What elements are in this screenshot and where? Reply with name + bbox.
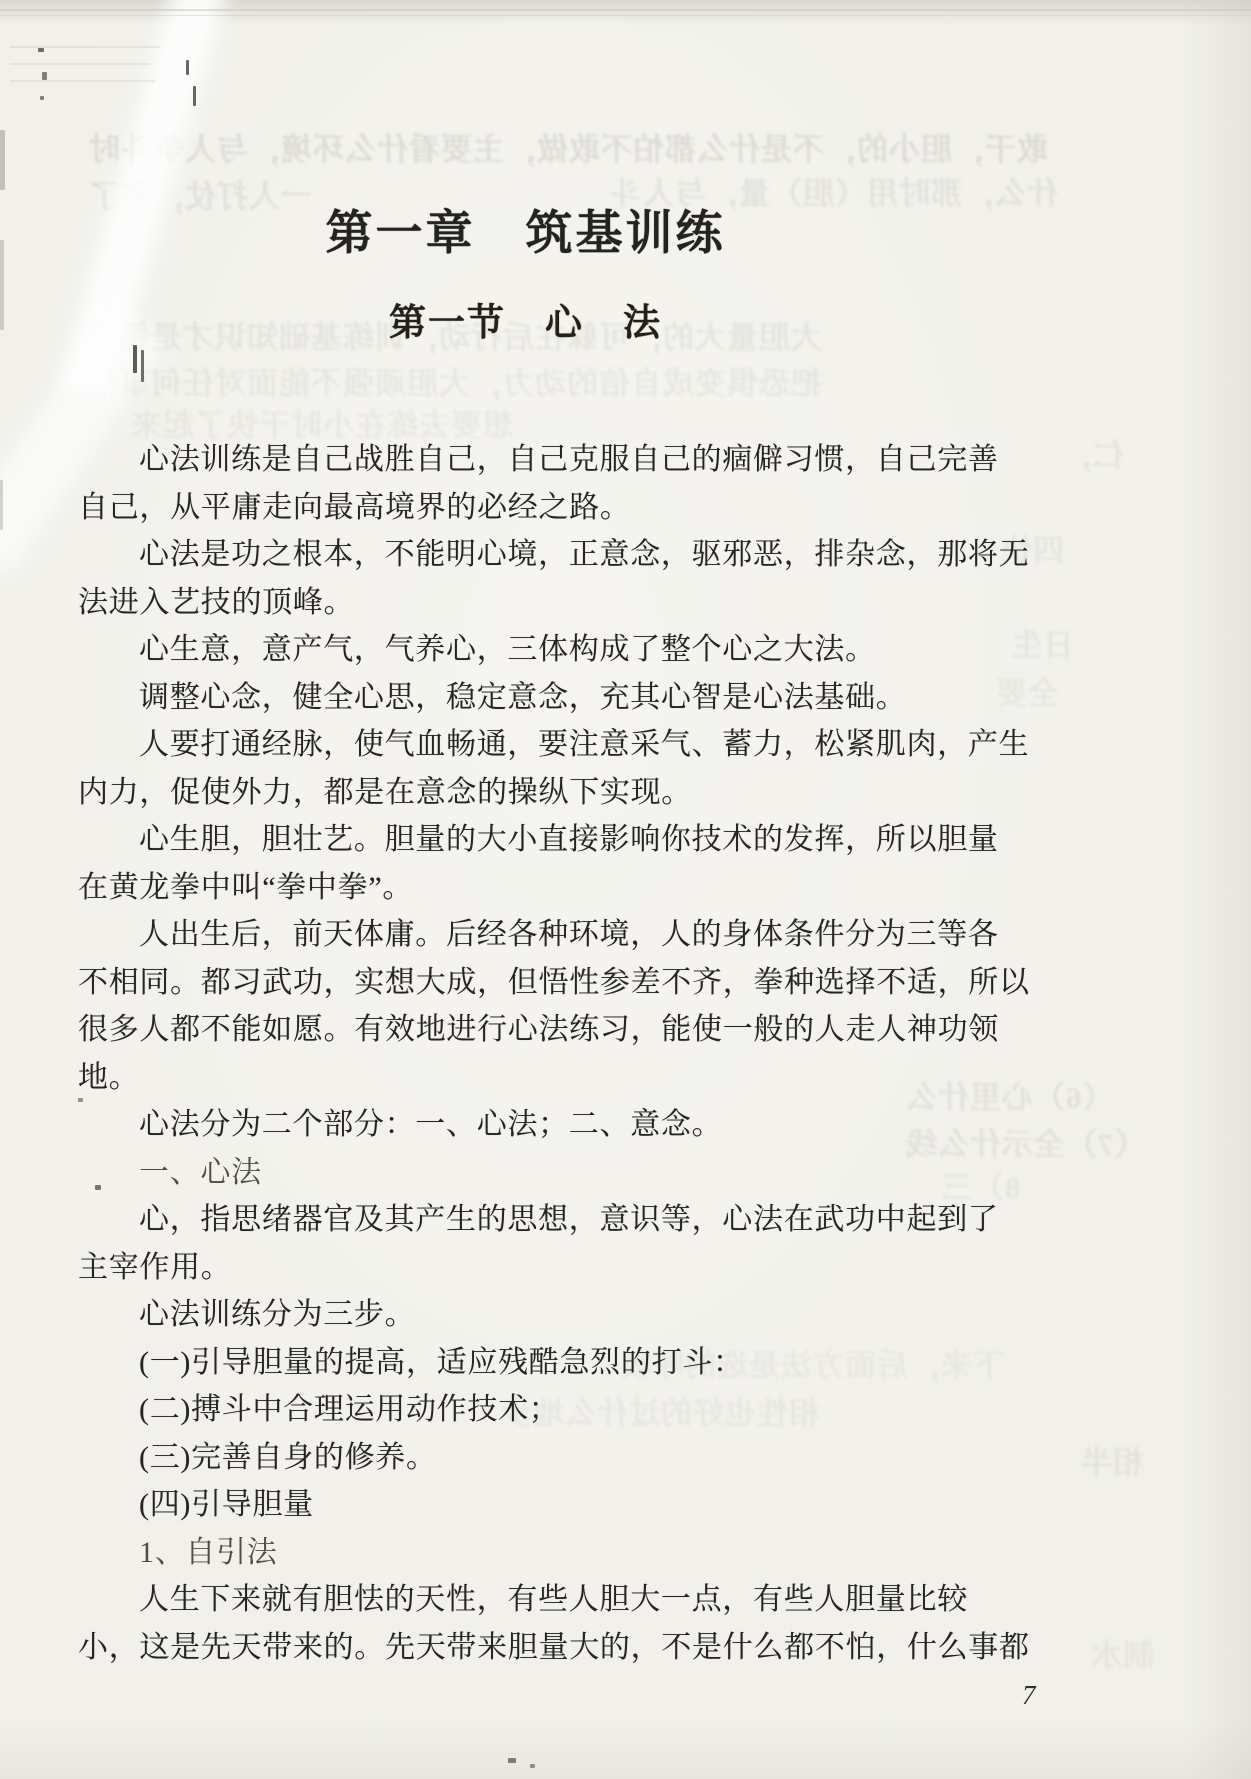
- scan-streak: [10, 46, 160, 48]
- bleedthrough-text: 相半: [1080, 1437, 1144, 1482]
- text-line: (四)引导胆量: [78, 1481, 973, 1529]
- scan-speck: [141, 350, 144, 382]
- text-line: 主宰作用。: [78, 1244, 973, 1292]
- text-line: 地。: [78, 1054, 973, 1102]
- scan-speck: [530, 1764, 535, 1768]
- text-line: (三)完善自身的修养。: [78, 1434, 973, 1482]
- text-line: 心法分为二个部分：一、心法；二、意念。: [78, 1101, 973, 1149]
- text-line: 心生胆，胆壮艺。胆量的大小直接影响你技术的发挥，所以胆量: [78, 816, 973, 864]
- text-line: 调整心念，健全心思，稳定意念，充其心智是心法基础。: [78, 674, 973, 722]
- page-number: 7: [1022, 1680, 1036, 1711]
- section-title: 第一节 心 法: [78, 292, 973, 346]
- scan-speck: [38, 48, 44, 52]
- scan-speck: [40, 96, 44, 100]
- scan-streak: [0, 9, 1251, 11]
- scan-speck: [508, 1758, 516, 1763]
- text-line: 心法训练是自己战胜自己，自己克服自己的痼僻习惯，自己完善: [78, 436, 973, 484]
- text-line: 人出生后，前天体庸。后经各种环境，人的身体条件分为三等各: [78, 911, 973, 959]
- scan-streak: [10, 80, 155, 82]
- text-line: 1、自引法: [78, 1529, 973, 1577]
- scan-speck: [42, 72, 47, 80]
- text-line: 人生下来就有胆怯的天性，有些人胆大一点，有些人胆量比较: [78, 1576, 973, 1624]
- bleedthrough-text: 全要: [995, 668, 1059, 713]
- text-line: 内力，促使外力，都是在意念的操纵下实现。: [78, 769, 973, 817]
- body-text: 心法训练是自己战胜自己，自己克服自己的痼僻习惯，自己完善 自己，从平庸走向最高境…: [78, 436, 973, 1671]
- scan-streak: [0, 15, 1251, 16]
- chapter-title: 第一章 筑基训练: [78, 196, 973, 263]
- scanned-book-page: 敢干，胆小的，不是什么都怕不敢做，主要看什么环境，与人争斗时 一人打仗，多了 什…: [0, 0, 1251, 1779]
- bleedthrough-text: 仁，: [1060, 430, 1124, 475]
- text-line: 小，这是先天带来的。先天带来胆量大的，不是什么都不怕，什么事都: [78, 1624, 973, 1672]
- text-line: 法进入艺技的顶峰。: [78, 579, 973, 627]
- bleedthrough-text: 日生: [1010, 620, 1074, 665]
- scan-speck: [0, 130, 5, 190]
- text-line: 一、心法: [78, 1149, 973, 1197]
- text-line: 心法训练分为三步。: [78, 1291, 973, 1339]
- bleedthrough-text: 把恐惧变成自信的动力，大胆顽强不能面对任何事情: [86, 358, 822, 403]
- text-line: (二)搏斗中合理运用动作技术；: [78, 1386, 973, 1434]
- bleedthrough-text: 敢干，胆小的，不是什么都怕不敢做，主要看什么环境，与人争斗时: [88, 124, 1048, 169]
- text-line: 心法是功之根本，不能明心境，正意念，驱邪恶，排杂念，那将无: [78, 531, 973, 579]
- scan-speck: [193, 86, 196, 106]
- text-line: 人要打通经脉，使气血畅通，要注意采气、蓄力，松紧肌肉，产生: [78, 721, 973, 769]
- text-line: 在黄龙拳中叫“拳中拳”。: [78, 864, 973, 912]
- scan-speck: [186, 60, 189, 75]
- scan-speck: [133, 345, 137, 373]
- text-line: (一)引导胆量的提高，适应残酷急烈的打斗：: [78, 1339, 973, 1387]
- text-line: 心生意，意产气，气养心，三体构成了整个心之大法。: [78, 626, 973, 674]
- scan-speck: [0, 240, 4, 330]
- scan-streak: [10, 63, 150, 65]
- scan-speck: [0, 480, 3, 530]
- text-line: 自己，从平庸走向最高境界的必经之路。: [78, 484, 973, 532]
- text-line: 不相同。都习武功，实想大成，但悟性参差不齐，拳种选择不适，所以: [78, 959, 973, 1007]
- text-line: 很多人都不能如愿。有效地进行心法练习，能使一般的人走人神功领: [78, 1006, 973, 1054]
- text-line: 心，指思绪器官及其产生的思想，意识等，心法在武功中起到了: [78, 1196, 973, 1244]
- bleedthrough-text: 制水: [1090, 1630, 1154, 1675]
